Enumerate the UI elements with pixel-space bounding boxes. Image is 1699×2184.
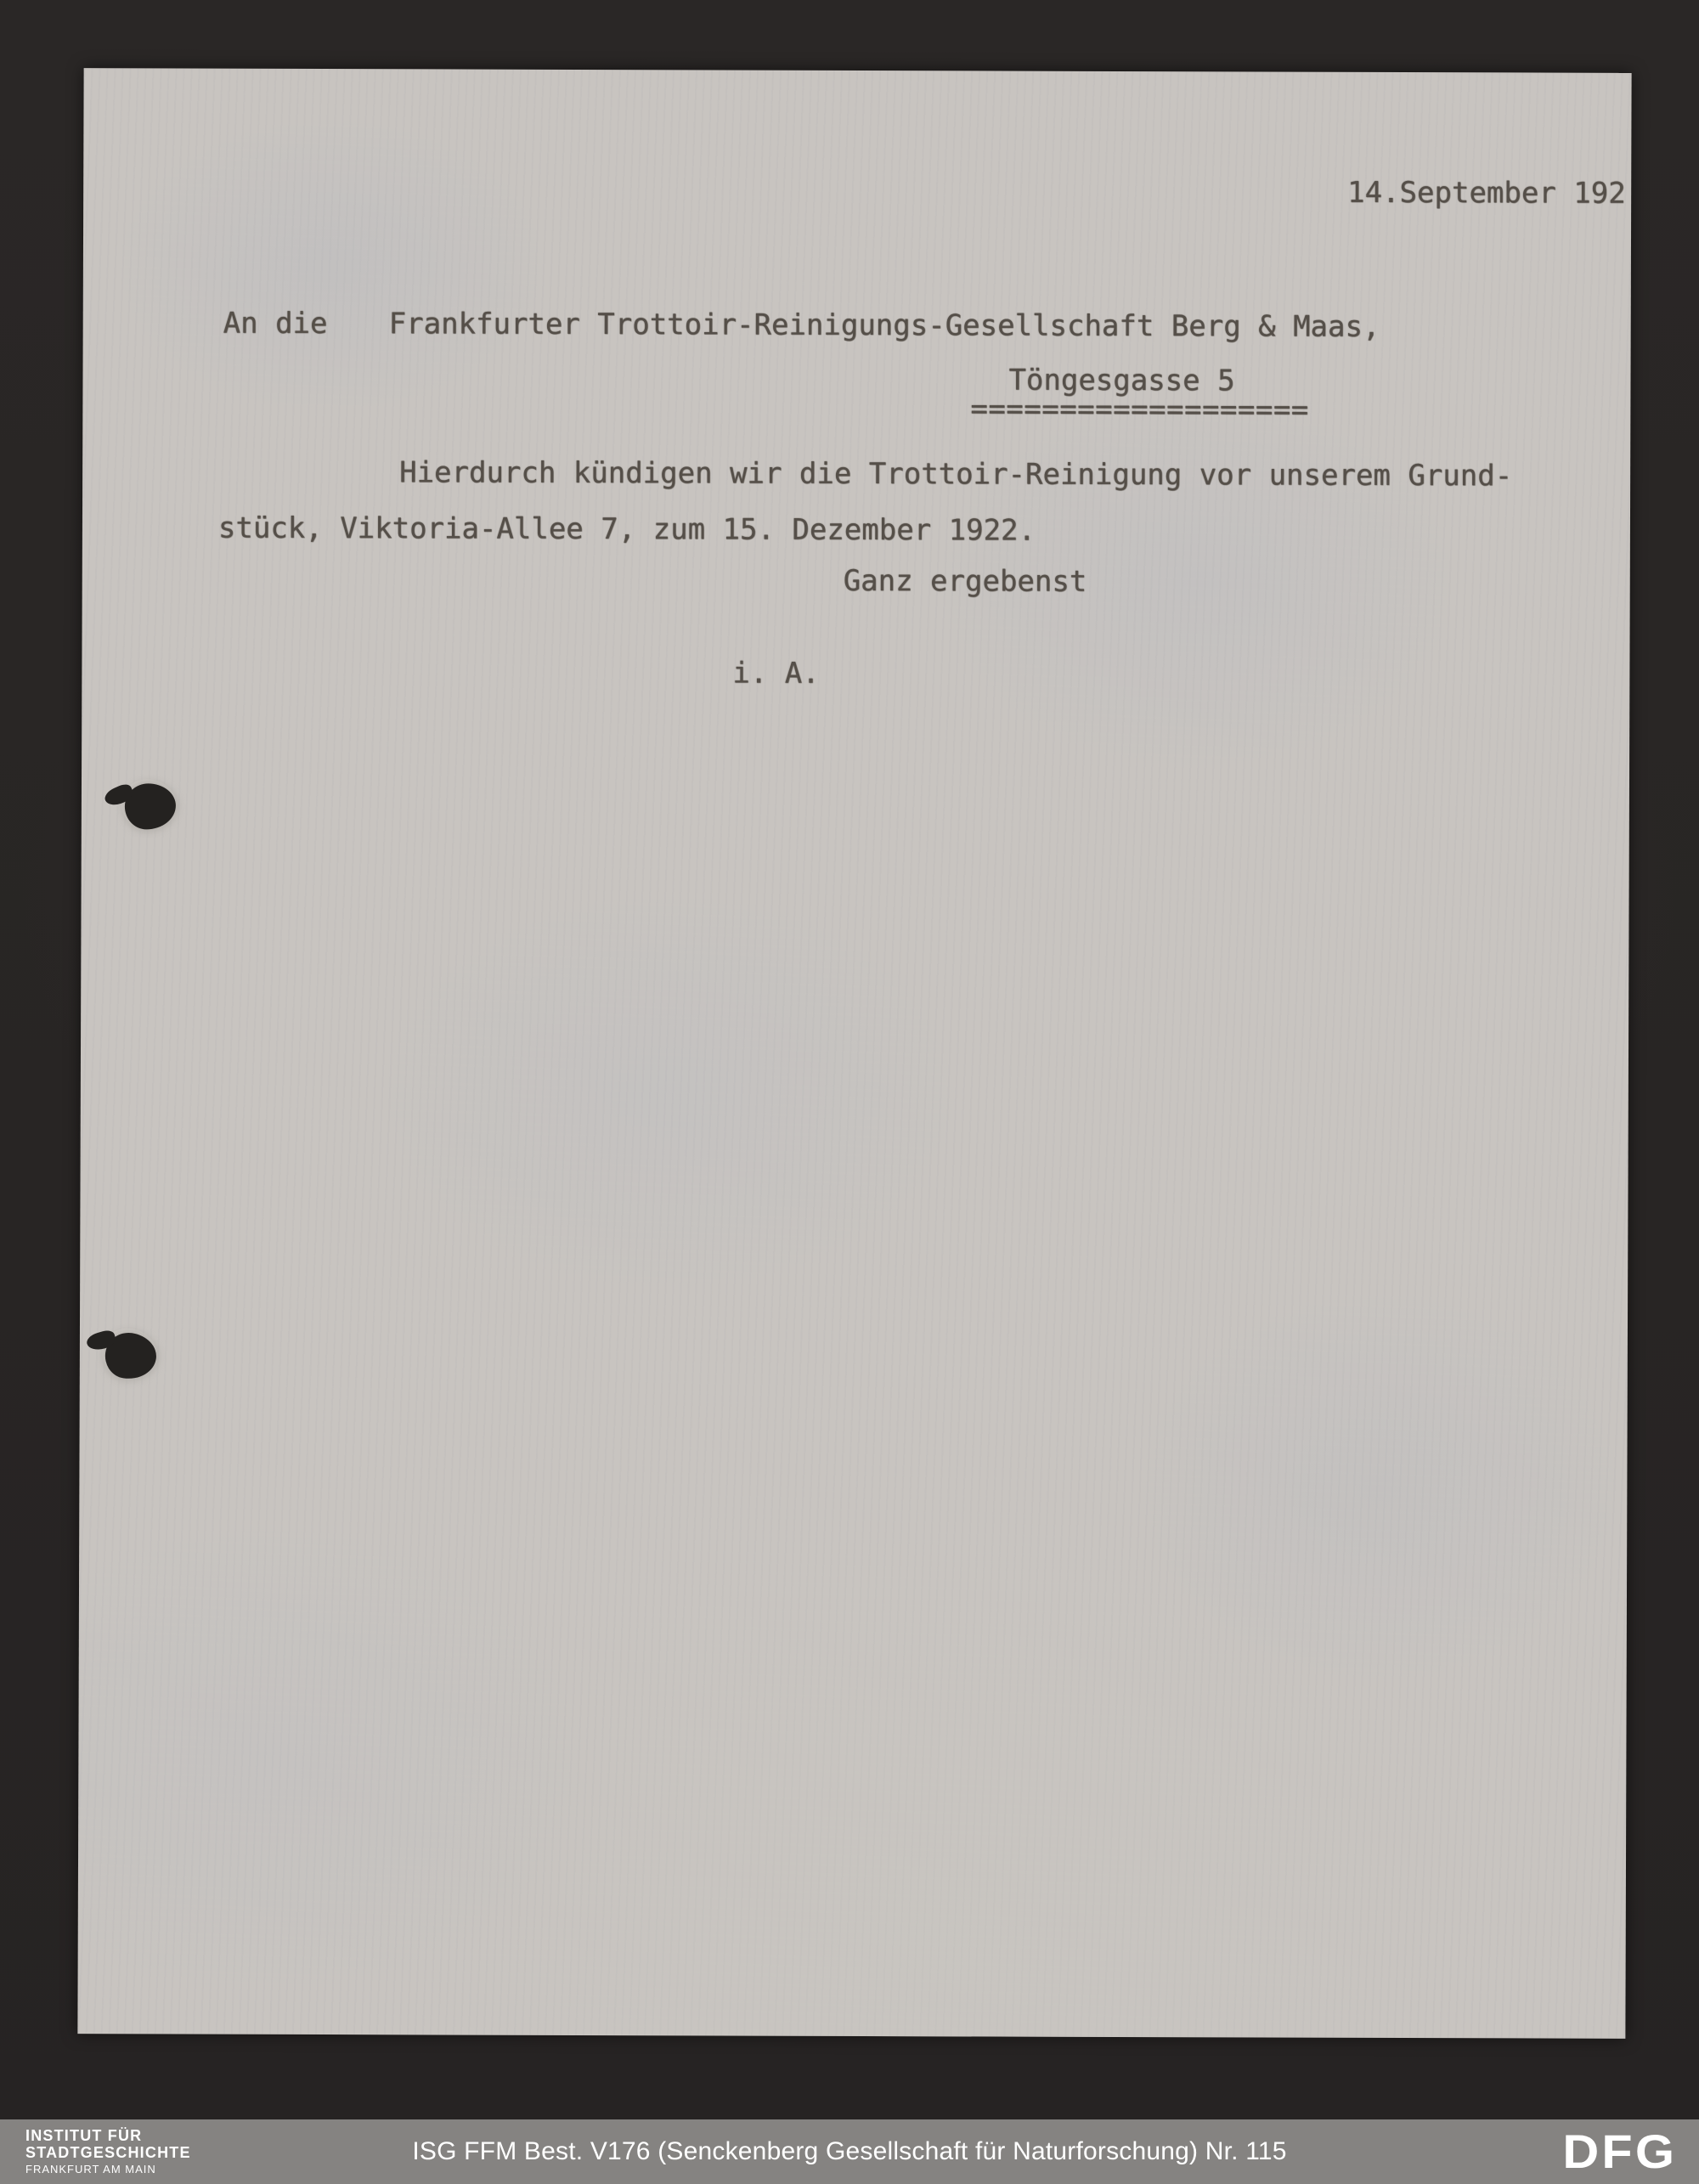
dfg-logo: DFG	[1562, 2125, 1677, 2179]
letter-page: 14.September 192 An die Frankfurter Trot…	[77, 68, 1631, 2039]
archive-footer-bar: INSTITUT FÜR STADTGESCHICHTE FRANKFURT A…	[0, 2119, 1699, 2184]
letter-body-line-2: stück, Viktoria-Allee 7, zum 15. Dezembe…	[218, 511, 1036, 548]
punch-hole-top	[125, 783, 176, 829]
letter-signature-initials: i. A.	[732, 657, 819, 691]
letter-date: 14.September 192	[1347, 176, 1626, 211]
letter-address-prefix: An die	[223, 307, 328, 341]
letter-body-line-1: Hierdurch kündigen wir die Trottoir-Rein…	[399, 455, 1512, 493]
archive-reference: ISG FFM Best. V176 (Senckenberg Gesellsc…	[0, 2119, 1699, 2184]
letter-closing: Ganz ergebenst	[844, 564, 1087, 599]
letter-street-underline: ===================	[970, 392, 1309, 426]
punch-hole-bottom	[102, 1329, 159, 1382]
letter-recipient-name: Frankfurter Trottoir-Reinigungs-Gesellsc…	[389, 307, 1380, 344]
archival-scan: 14.September 192 An die Frankfurter Trot…	[0, 0, 1699, 2184]
